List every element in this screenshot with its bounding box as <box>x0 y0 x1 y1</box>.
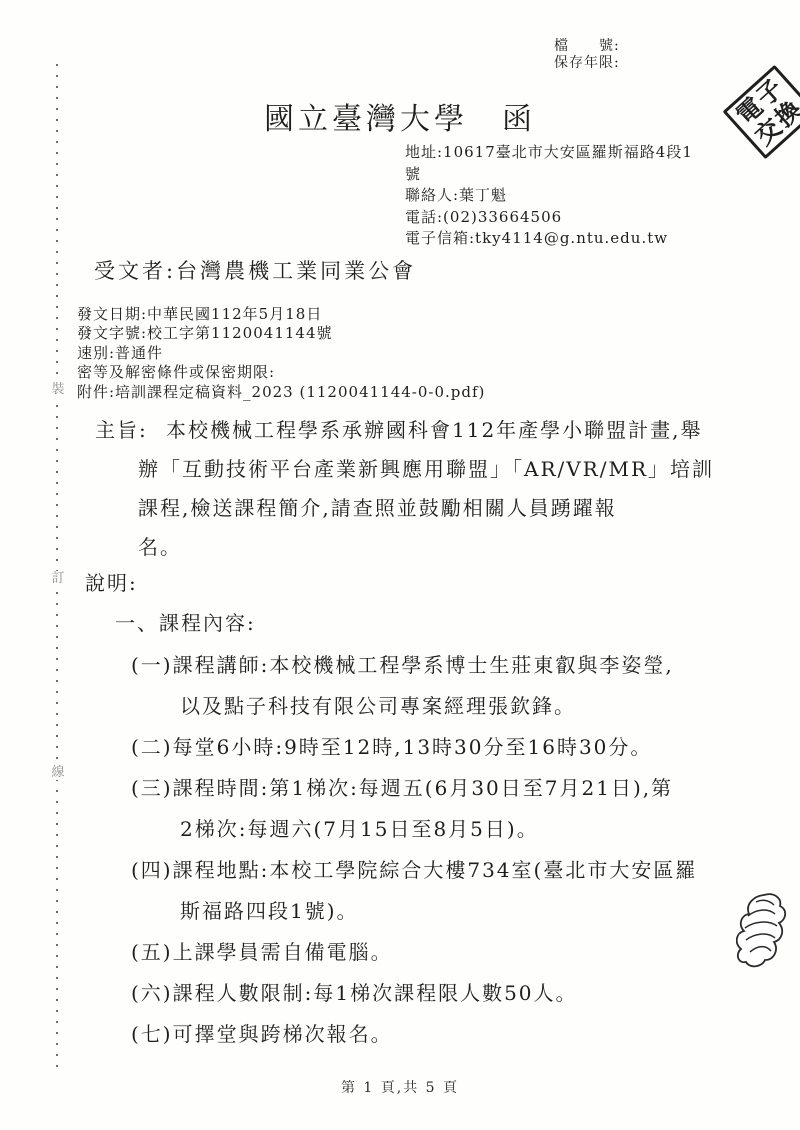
security-classification: 密等及解密條件或保密期限: <box>77 363 485 382</box>
subject-label: 主旨: <box>95 411 148 450</box>
subject-line: 課程,檢送課程簡介,請查照並鼓勵相關人員踴躍報 <box>138 489 758 528</box>
sender-address-line2: 號 <box>405 164 693 186</box>
list-item: (七)可擇堂與跨梯次報名。 <box>131 1014 771 1055</box>
explanation-label: 說明: <box>85 567 138 596</box>
section-number: 一、 <box>115 611 159 635</box>
file-number-label: 檔 號: <box>554 38 620 55</box>
section-text: 課程內容: <box>159 611 256 635</box>
scanned-letter-page: 裝 訂 線 檔 號:保存年限: 電子交換 國立臺灣大學 函 地址:10617臺北… <box>0 0 800 1130</box>
page-number: 第 1 頁,共 5 頁 <box>0 1077 800 1097</box>
sender-phone: 電話:(02)33664506 <box>405 207 693 229</box>
sender-address-line1: 地址:10617臺北市大安區羅斯福路4段1 <box>405 142 693 164</box>
item-number: (六) <box>131 981 173 1005</box>
list-item: (五)上課學員需自備電腦。 <box>131 932 771 973</box>
delivery-speed: 速別:普通件 <box>77 344 485 363</box>
item-number: (七) <box>131 1022 173 1046</box>
document-number: 發文字號:校工字第1120041144號 <box>77 324 485 343</box>
item-number: (五) <box>131 940 173 964</box>
binding-mark-xian: 線 <box>49 765 67 780</box>
list-item: (一)課程講師:本校機械工程學系博士生莊東叡與李姿瑩, 以及點子科技有限公司專案… <box>131 645 771 727</box>
sender-email: 電子信箱:tky4114@g.ntu.edu.tw <box>405 228 693 250</box>
list-item: (六)課程人數限制:每1梯次課程限人數50人。 <box>131 973 771 1014</box>
list-item: (四)課程地點:本校工學院綜合大樓734室(臺北市大安區羅 斯福路四段1號)。 <box>131 850 771 932</box>
subject-line: 辦「互動技術平台產業新興應用聯盟」「AR/VR/MR」培訓 <box>138 450 758 489</box>
file-number-block: 檔 號:保存年限: <box>554 38 620 72</box>
subject-block: 主旨: 本校機械工程學系承辦國科會112年產學小聯盟計畫,舉 辦「互動技術平台產… <box>138 411 758 567</box>
explanation-items: (一)課程講師:本校機械工程學系博士生莊東叡與李姿瑩, 以及點子科技有限公司專案… <box>131 645 771 1055</box>
binding-mark-zhuang: 裝 <box>49 382 67 397</box>
attachment-line: 附件:培訓課程定稿資料_2023 (1120041144-0-0.pdf) <box>77 383 485 402</box>
item-number: (四) <box>131 858 173 882</box>
sender-info-block: 地址:10617臺北市大安區羅斯福路4段1 號 聯絡人:葉丁魁 電話:(02)3… <box>405 142 693 250</box>
section-one-heading: 一、課程內容: <box>115 607 256 636</box>
binding-mark-ding: 訂 <box>49 571 67 586</box>
item-number: (二) <box>131 735 173 759</box>
subject-line: 名。 <box>138 528 758 567</box>
item-number: (三) <box>131 776 173 800</box>
recipient-line: 受文者:台灣農機工業同業公會 <box>94 255 416 285</box>
document-meta-block: 發文日期:中華民國112年5月18日 發文字號:校工字第1120041144號 … <box>77 305 485 402</box>
retention-period-label: 保存年限: <box>554 55 620 72</box>
scribble-mark-icon <box>736 892 790 976</box>
issue-date: 發文日期:中華民國112年5月18日 <box>77 305 485 324</box>
sender-contact: 聯絡人:葉丁魁 <box>405 185 693 207</box>
list-item: (三)課程時間:第1梯次:每週五(6月30日至7月21日),第 2梯次:每週六(… <box>131 768 771 850</box>
list-item: (二)每堂6小時:9時至12時,13時30分至16時30分。 <box>131 727 771 768</box>
binding-dotted-line <box>56 64 58 1076</box>
item-number: (一) <box>131 653 173 677</box>
subject-line: 本校機械工程學系承辦國科會112年產學小聯盟計畫,舉 <box>138 411 758 450</box>
page-title: 國立臺灣大學 函 <box>0 94 800 138</box>
